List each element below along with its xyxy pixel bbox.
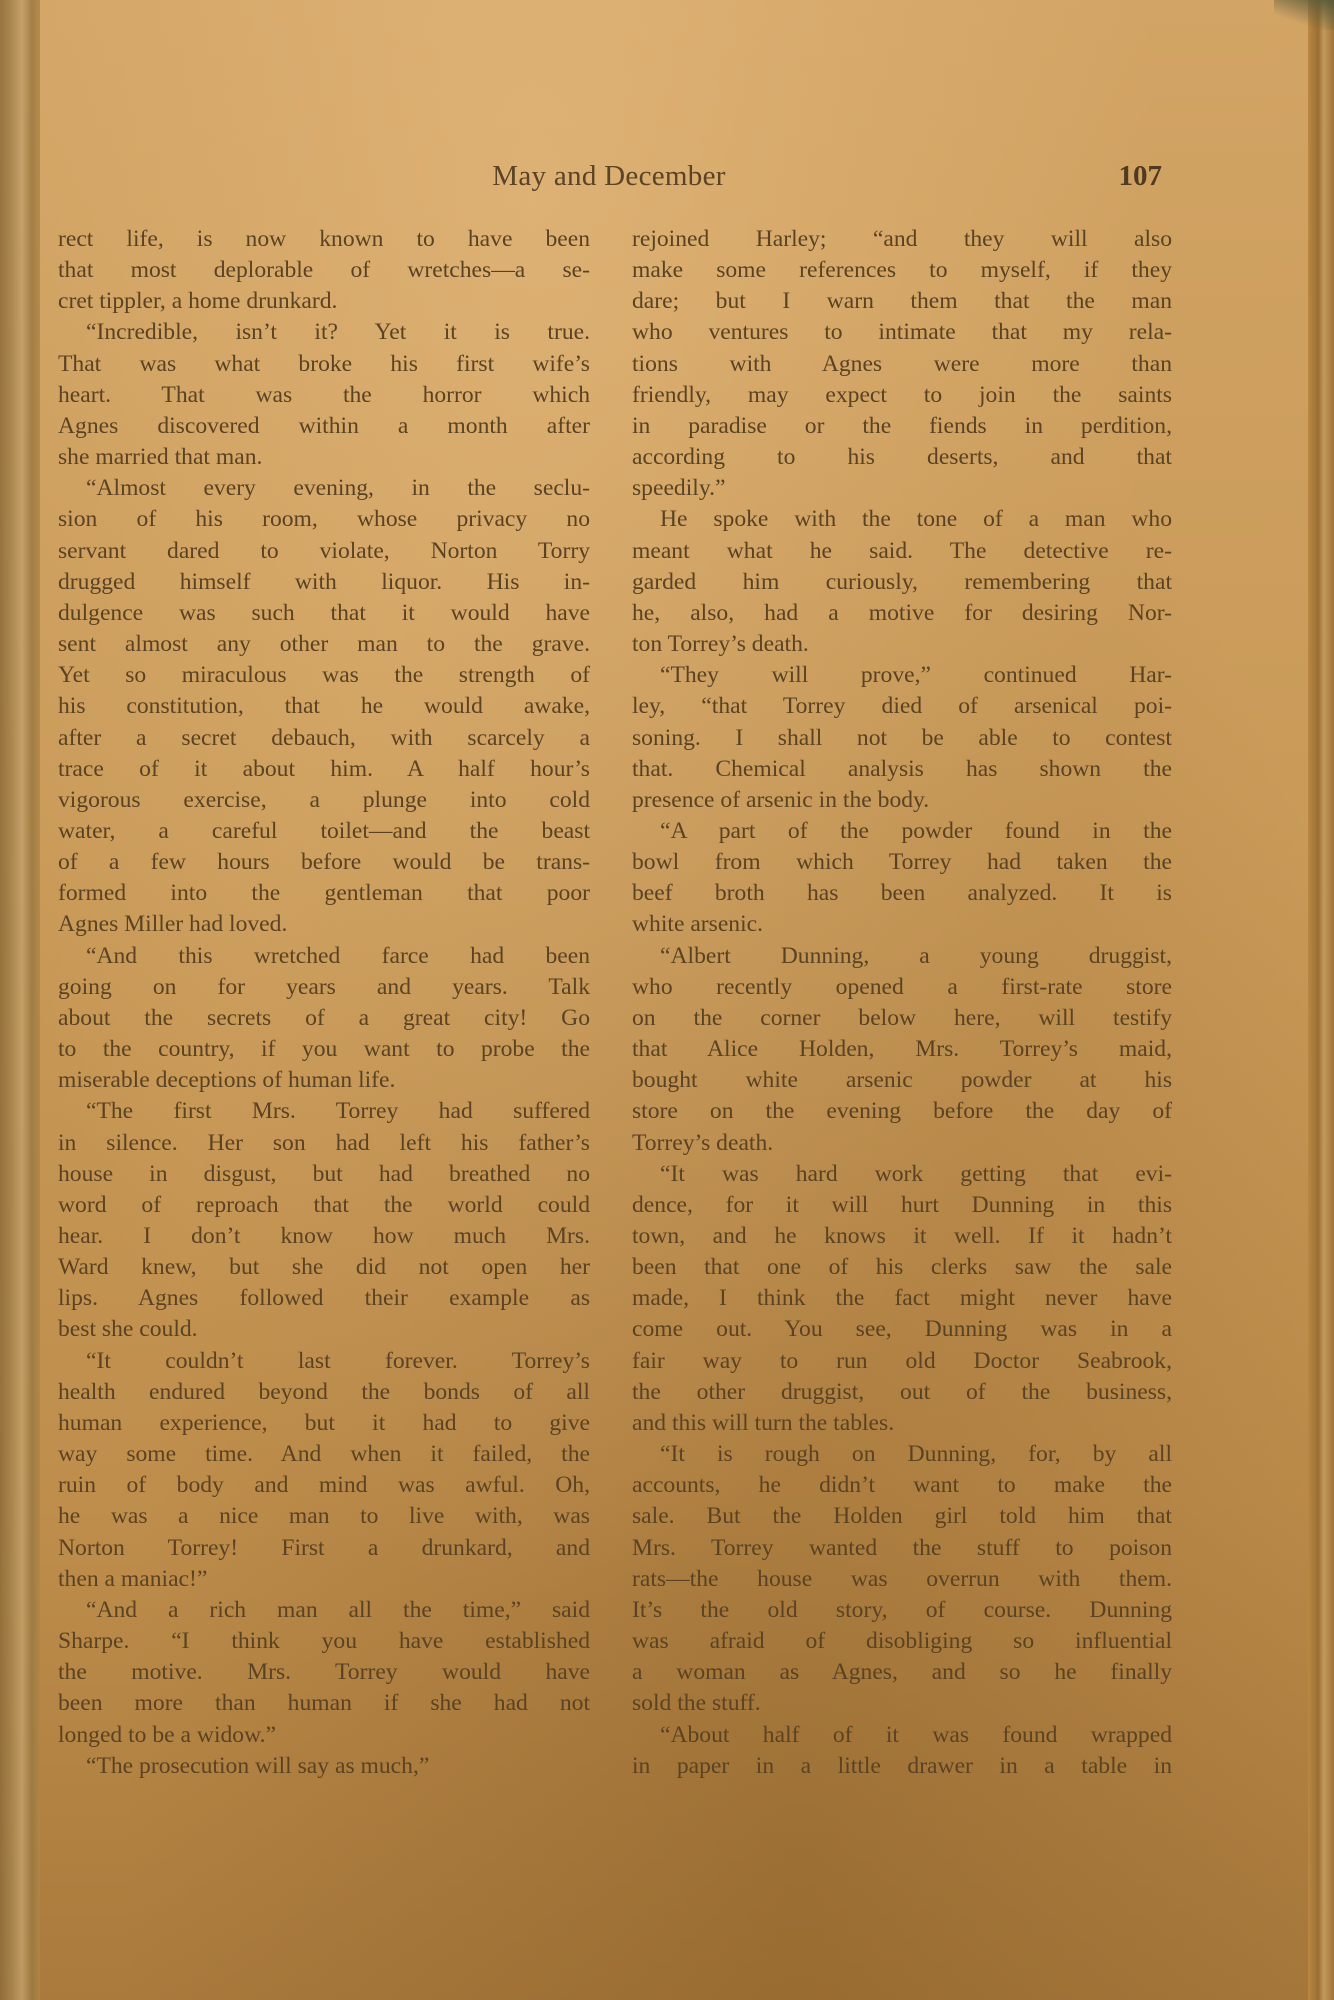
text-line: speedily.” bbox=[632, 473, 1172, 504]
text-line: health endured beyond the bonds of all bbox=[58, 1377, 590, 1408]
text-line: “They will prove,” continued Har- bbox=[632, 660, 1172, 691]
text-line: come out. You see, Dunning was in a bbox=[632, 1314, 1172, 1345]
text-line: It’s the old story, of course. Dunning bbox=[632, 1595, 1172, 1626]
text-line: he, also, had a motive for desiring Nor- bbox=[632, 598, 1172, 629]
paragraph: “And a rich man all the time,” saidSharp… bbox=[58, 1595, 590, 1751]
text-line: Norton Torrey! First a drunkard, and bbox=[58, 1533, 590, 1564]
text-line: accounts, he didn’t want to make the bbox=[632, 1470, 1172, 1501]
running-head-title: May and December bbox=[56, 160, 1162, 193]
text-line: sale. But the Holden girl told him that bbox=[632, 1501, 1172, 1532]
text-line: presence of arsenic in the body. bbox=[632, 785, 1172, 816]
text-column-right: rejoined Harley; “and they will alsomake… bbox=[632, 224, 1172, 1782]
text-line: rejoined Harley; “and they will also bbox=[632, 224, 1172, 255]
text-line: “About half of it was found wrapped bbox=[632, 1720, 1172, 1751]
text-line: cret tippler, a home drunkard. bbox=[58, 286, 590, 317]
text-line: “Almost every evening, in the seclu- bbox=[58, 473, 590, 504]
text-line: then a maniac!” bbox=[58, 1564, 590, 1595]
text-line: “The prosecution will say as much,” bbox=[58, 1751, 590, 1782]
text-line: “It is rough on Dunning, for, by all bbox=[632, 1439, 1172, 1470]
text-line: a woman as Agnes, and so he finally bbox=[632, 1657, 1172, 1688]
text-line: that most deplorable of wretches—a se- bbox=[58, 255, 590, 286]
text-line: rect life, is now known to have been bbox=[58, 224, 590, 255]
text-line: made, I think the fact might never have bbox=[632, 1283, 1172, 1314]
text-line: that Alice Holden, Mrs. Torrey’s maid, bbox=[632, 1034, 1172, 1065]
text-line: in silence. Her son had left his father’… bbox=[58, 1128, 590, 1159]
text-line: ley, “that Torrey died of arsenical poi- bbox=[632, 691, 1172, 722]
text-line: soning. I shall not be able to contest bbox=[632, 723, 1172, 754]
text-line: the motive. Mrs. Torrey would have bbox=[58, 1657, 590, 1688]
text-line: Ward knew, but she did not open her bbox=[58, 1252, 590, 1283]
paragraph: “It is rough on Dunning, for, by allacco… bbox=[632, 1439, 1172, 1719]
text-line: was afraid of disobliging so influential bbox=[632, 1626, 1172, 1657]
text-line: in paradise or the fiends in perdition, bbox=[632, 411, 1172, 442]
paragraph: “A part of the powder found in thebowl f… bbox=[632, 816, 1172, 941]
text-line: “It was hard work getting that evi- bbox=[632, 1159, 1172, 1190]
text-line: Agnes Miller had loved. bbox=[58, 909, 590, 940]
text-column-left: rect life, is now known to have beenthat… bbox=[58, 224, 590, 1782]
text-line: sion of his room, whose privacy no bbox=[58, 504, 590, 535]
text-line: his constitution, that he would awake, bbox=[58, 691, 590, 722]
text-line: He spoke with the tone of a man who bbox=[632, 504, 1172, 535]
text-line: sold the stuff. bbox=[632, 1688, 1172, 1719]
paragraph: “The first Mrs. Torrey had sufferedin si… bbox=[58, 1096, 590, 1345]
text-line: friendly, may expect to join the saints bbox=[632, 380, 1172, 411]
text-line: rats—the house was overrun with them. bbox=[632, 1564, 1172, 1595]
text-line: ton Torrey’s death. bbox=[632, 629, 1172, 660]
text-line: lips. Agnes followed their example as bbox=[58, 1283, 590, 1314]
text-line: on the corner below here, will testify bbox=[632, 1003, 1172, 1034]
text-line: “It couldn’t last forever. Torrey’s bbox=[58, 1346, 590, 1377]
text-line: store on the evening before the day of bbox=[632, 1096, 1172, 1127]
text-line: “And this wretched farce had been bbox=[58, 941, 590, 972]
paragraph: “Incredible, isn’t it? Yet it is true.Th… bbox=[58, 317, 590, 473]
text-line: ruin of body and mind was awful. Oh, bbox=[58, 1470, 590, 1501]
text-line: white arsenic. bbox=[632, 909, 1172, 940]
text-line: to the country, if you want to probe the bbox=[58, 1034, 590, 1065]
text-line: in paper in a little drawer in a table i… bbox=[632, 1751, 1172, 1782]
page-edge bbox=[1308, 0, 1334, 2000]
text-line: tions with Agnes were more than bbox=[632, 349, 1172, 380]
text-line: that. Chemical analysis has shown the bbox=[632, 754, 1172, 785]
text-line: bowl from which Torrey had taken the bbox=[632, 847, 1172, 878]
text-line: bought white arsenic powder at his bbox=[632, 1065, 1172, 1096]
text-line: dare; but I warn them that the man bbox=[632, 286, 1172, 317]
text-line: going on for years and years. Talk bbox=[58, 972, 590, 1003]
text-line: been that one of his clerks saw the sale bbox=[632, 1252, 1172, 1283]
text-line: heart. That was the horror which bbox=[58, 380, 590, 411]
text-line: dulgence was such that it would have bbox=[58, 598, 590, 629]
text-line: who recently opened a first-rate store bbox=[632, 972, 1172, 1003]
text-line: drugged himself with liquor. His in- bbox=[58, 567, 590, 598]
text-line: Sharpe. “I think you have established bbox=[58, 1626, 590, 1657]
text-line: after a secret debauch, with scarcely a bbox=[58, 723, 590, 754]
page-corner-shadow bbox=[1274, 0, 1334, 30]
text-line: town, and he knows it well. If it hadn’t bbox=[632, 1221, 1172, 1252]
text-line: Yet so miraculous was the strength of bbox=[58, 660, 590, 691]
book-spine-gutter bbox=[0, 0, 40, 2000]
paragraph: He spoke with the tone of a man whomeant… bbox=[632, 504, 1172, 660]
text-line: who ventures to intimate that my rela- bbox=[632, 317, 1172, 348]
paragraph: rect life, is now known to have beenthat… bbox=[58, 224, 590, 317]
paragraph: “About half of it was found wrappedin pa… bbox=[632, 1720, 1172, 1782]
text-line: garded him curiously, remembering that bbox=[632, 567, 1172, 598]
text-line: longed to be a widow.” bbox=[58, 1720, 590, 1751]
paragraph: “It couldn’t last forever. Torrey’shealt… bbox=[58, 1346, 590, 1595]
text-line: of a few hours before would be trans- bbox=[58, 847, 590, 878]
text-line: fair way to run old Doctor Seabrook, bbox=[632, 1346, 1172, 1377]
text-line: vigorous exercise, a plunge into cold bbox=[58, 785, 590, 816]
text-line: and this will turn the tables. bbox=[632, 1408, 1172, 1439]
text-line: miserable deceptions of human life. bbox=[58, 1065, 590, 1096]
text-line: she married that man. bbox=[58, 442, 590, 473]
text-line: Torrey’s death. bbox=[632, 1128, 1172, 1159]
paragraph: “And this wretched farce had beengoing o… bbox=[58, 941, 590, 1097]
paragraph: rejoined Harley; “and they will alsomake… bbox=[632, 224, 1172, 504]
text-line: formed into the gentleman that poor bbox=[58, 878, 590, 909]
text-line: dence, for it will hurt Dunning in this bbox=[632, 1190, 1172, 1221]
text-line: according to his deserts, and that bbox=[632, 442, 1172, 473]
text-line: beef broth has been analyzed. It is bbox=[632, 878, 1172, 909]
text-line: servant dared to violate, Norton Torry bbox=[58, 536, 590, 567]
paragraph: “The prosecution will say as much,” bbox=[58, 1751, 590, 1782]
paragraph: “It was hard work getting that evi-dence… bbox=[632, 1159, 1172, 1439]
text-line: make some references to myself, if they bbox=[632, 255, 1172, 286]
text-line: Agnes discovered within a month after bbox=[58, 411, 590, 442]
text-line: house in disgust, but had breathed no bbox=[58, 1159, 590, 1190]
text-line: word of reproach that the world could bbox=[58, 1190, 590, 1221]
text-line: trace of it about him. A half hour’s bbox=[58, 754, 590, 785]
text-line: “Albert Dunning, a young druggist, bbox=[632, 941, 1172, 972]
text-line: human experience, but it had to give bbox=[58, 1408, 590, 1439]
book-page: May and December 107 rect life, is now k… bbox=[0, 0, 1334, 2000]
text-line: way some time. And when it failed, the bbox=[58, 1439, 590, 1470]
text-line: That was what broke his first wife’s bbox=[58, 349, 590, 380]
text-line: “And a rich man all the time,” said bbox=[58, 1595, 590, 1626]
paragraph: “Almost every evening, in the seclu-sion… bbox=[58, 473, 590, 940]
text-line: Mrs. Torrey wanted the stuff to poison bbox=[632, 1533, 1172, 1564]
paragraph: “Albert Dunning, a young druggist,who re… bbox=[632, 941, 1172, 1159]
text-line: “The first Mrs. Torrey had suffered bbox=[58, 1096, 590, 1127]
text-line: “Incredible, isn’t it? Yet it is true. bbox=[58, 317, 590, 348]
text-line: meant what he said. The detective re- bbox=[632, 536, 1172, 567]
page-number: 107 bbox=[1119, 160, 1163, 193]
text-line: about the secrets of a great city! Go bbox=[58, 1003, 590, 1034]
text-line: been more than human if she had not bbox=[58, 1688, 590, 1719]
text-line: “A part of the powder found in the bbox=[632, 816, 1172, 847]
running-head: May and December 107 bbox=[56, 160, 1162, 200]
text-line: he was a nice man to live with, was bbox=[58, 1501, 590, 1532]
text-line: sent almost any other man to the grave. bbox=[58, 629, 590, 660]
text-line: best she could. bbox=[58, 1314, 590, 1345]
text-line: water, a careful toilet—and the beast bbox=[58, 816, 590, 847]
text-line: hear. I don’t know how much Mrs. bbox=[58, 1221, 590, 1252]
text-line: the other druggist, out of the business, bbox=[632, 1377, 1172, 1408]
paragraph: “They will prove,” continued Har-ley, “t… bbox=[632, 660, 1172, 816]
